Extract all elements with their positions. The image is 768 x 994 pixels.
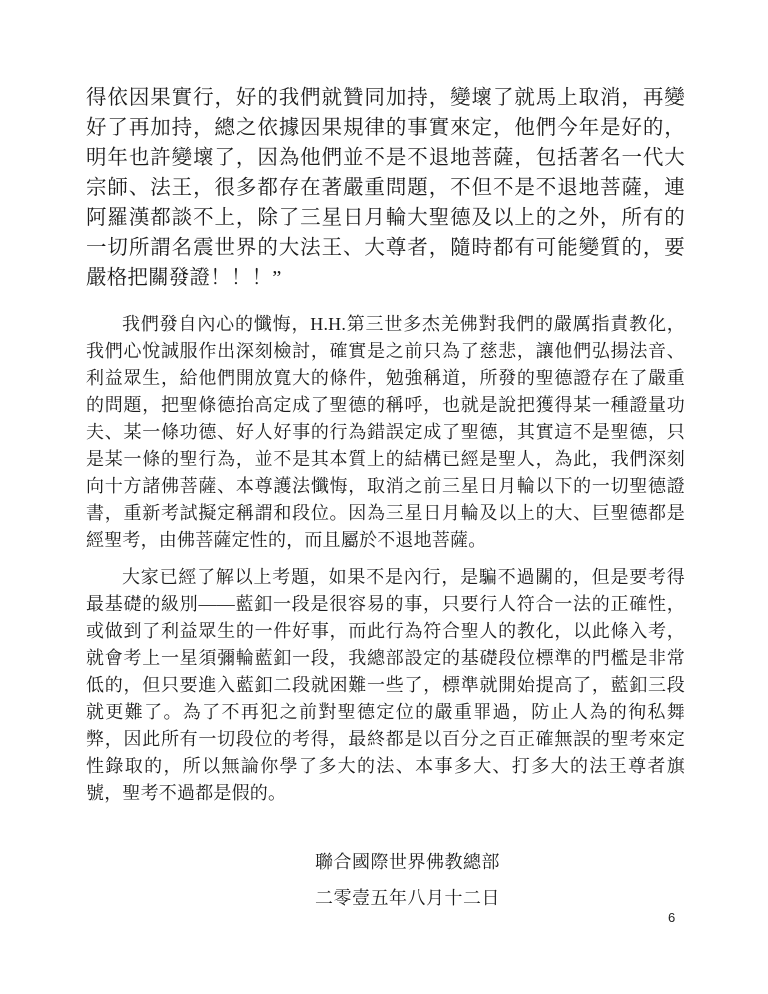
- paragraph-exam-explanation: 大家已經了解以上考題，如果不是內行，是騙不過關的，但是要考得最基礎的級別——藍釦…: [86, 564, 685, 807]
- paragraph-repentance: 我們發自內心的懺悔，H.H.第三世多杰羌佛對我們的嚴厲指責教化，我們心悅誠服作出…: [86, 311, 685, 554]
- paragraph-quote-continuation: 得依因果實行，好的我們就贊同加持，變壞了就馬上取消，再變好了再加持，總之依據因果…: [86, 83, 685, 293]
- signature-block: 聯合國際世界佛教總部 二零壹五年八月十二日: [108, 851, 707, 909]
- document-page: 得依因果實行，好的我們就贊同加持，變壞了就馬上取消，再變好了再加持，總之依據因果…: [0, 0, 768, 994]
- page-number: 6: [668, 910, 675, 925]
- signature-organization: 聯合國際世界佛教總部: [108, 851, 707, 873]
- signature-date: 二零壹五年八月十二日: [108, 887, 707, 909]
- page-content: 得依因果實行，好的我們就贊同加持，變壞了就馬上取消，再變好了再加持，總之依據因果…: [86, 0, 685, 909]
